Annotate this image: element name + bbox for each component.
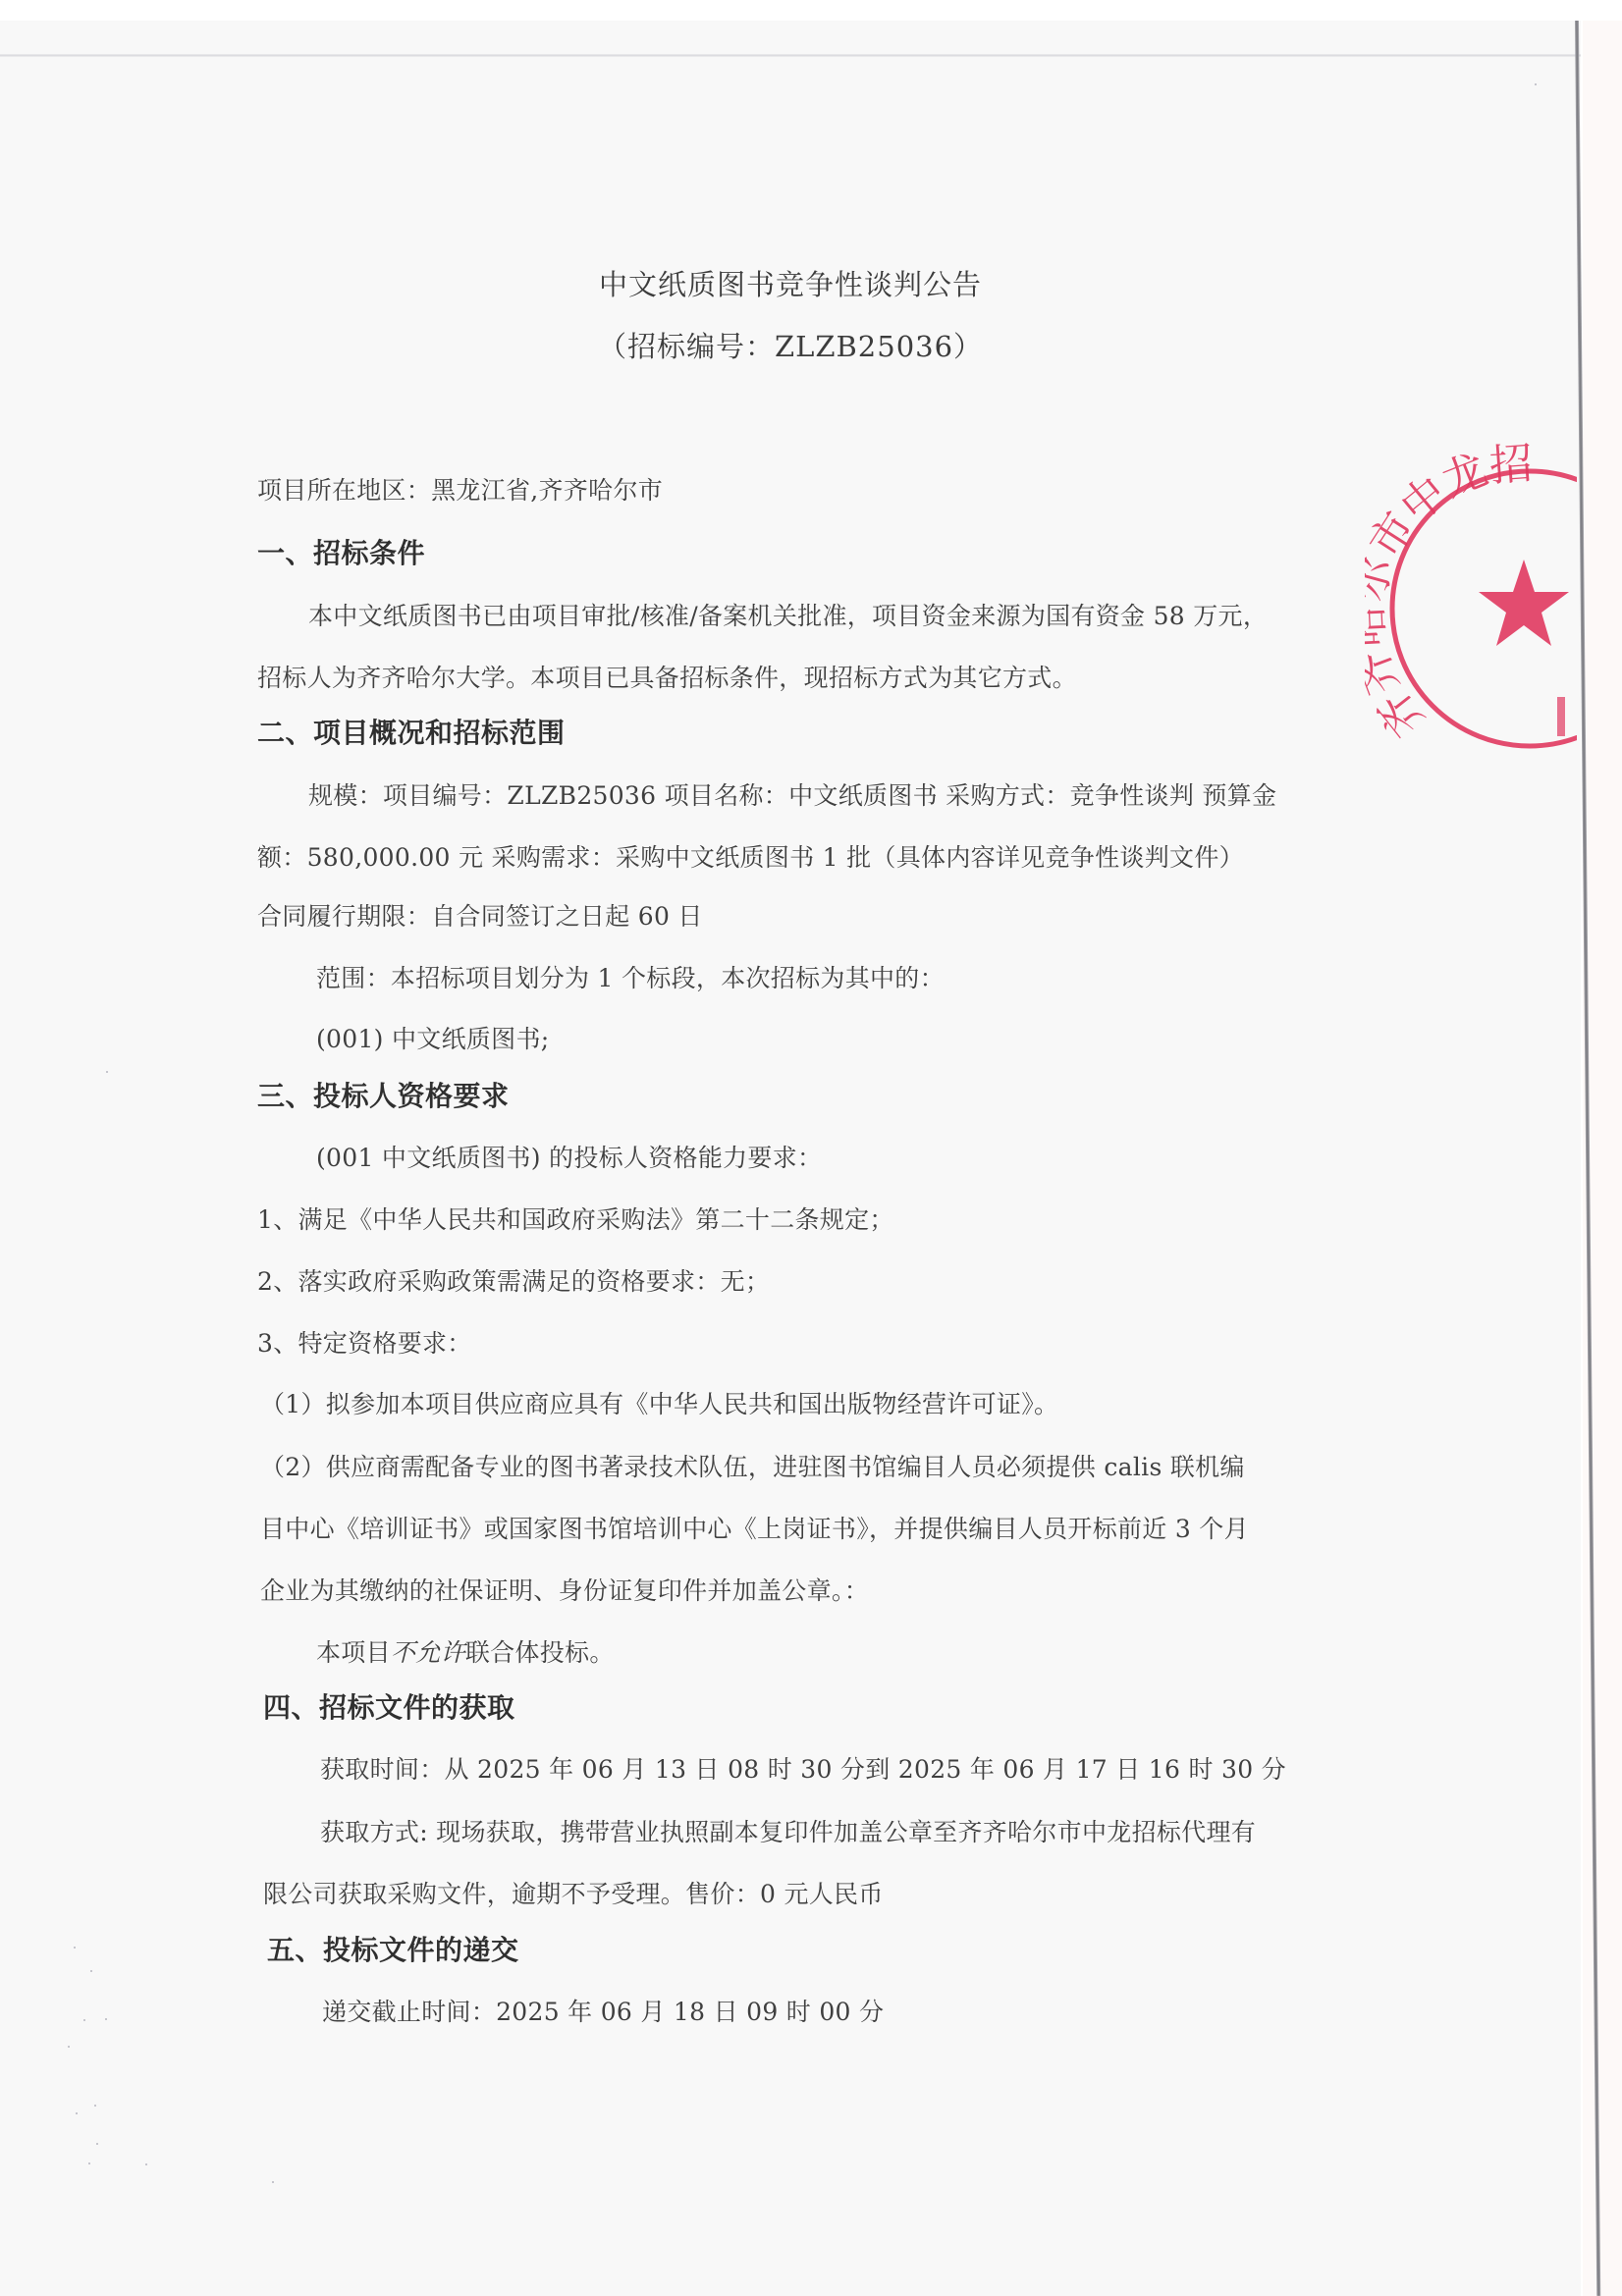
section-heading-2: 二、项目概况和招标范围	[257, 717, 566, 750]
section-heading-1: 一、招标条件	[257, 537, 425, 570]
scan-speck	[145, 2163, 147, 2165]
joint-bid-emphasis: 不允许	[391, 1638, 465, 1667]
document-title: 中文纸质图书竞争性谈判公告	[0, 263, 1581, 303]
section-3-line-4: 3、特定资格要求：	[257, 1328, 472, 1360]
section-3-line-8: 企业为其缴纳的社保证明、身份证复印件并加盖公章。：	[260, 1575, 869, 1607]
section-2-line-1: 规模：项目编号：ZLZB25036 项目名称：中文纸质图书 采购方式：竞争性谈判…	[308, 780, 1276, 812]
project-location: 项目所在地区：黑龙江省,齐齐哈尔市	[257, 475, 663, 507]
section-3-line-5: （1）拟参加本项目供应商应具有《中华人民共和国出版物经营许可证》。	[260, 1389, 1058, 1420]
scan-speck	[74, 1947, 76, 1949]
scan-speck	[106, 1071, 108, 1073]
scan-speck	[88, 2163, 90, 2164]
scan-speck	[68, 2046, 70, 2048]
scan-speck	[1535, 83, 1537, 85]
section-1-line-2: 招标人为齐齐哈尔大学。本项目已具备招标条件，现招标方式为其它方式。	[257, 663, 1077, 694]
scan-speck	[94, 2105, 96, 2107]
official-seal: 齐齐哈尔市中龙招	[1365, 432, 1577, 785]
section-3-line-1: (001 中文纸质图书) 的投标人资格能力要求：	[316, 1143, 822, 1174]
seal-graphic: 齐齐哈尔市中龙招	[1365, 432, 1577, 785]
scan-speck	[96, 2143, 98, 2145]
section-heading-4: 四、招标文件的获取	[263, 1691, 515, 1725]
paper-top-edge	[0, 54, 1581, 57]
section-heading-3: 三、投标人资格要求	[257, 1080, 510, 1113]
scan-top-margin	[0, 0, 1622, 21]
section-3-line-3: 2、落实政府采购政策需满足的资格要求：无；	[257, 1266, 770, 1298]
section-5-line-1: 递交截止时间：2025 年 06 月 18 日 09 时 00 分	[322, 1997, 884, 2028]
section-3-line-7: 目中心《培训证书》或国家图书馆培训中心《上岗证书》，并提供编目人员开标前近 3 …	[260, 1514, 1249, 1545]
scan-speck	[76, 2112, 78, 2114]
joint-bid-statement: 本项目不允许联合体投标。	[316, 1637, 615, 1669]
section-4-line-1: 获取时间：从 2025 年 06 月 13 日 08 时 30 分到 2025 …	[320, 1754, 1286, 1786]
section-4-line-3: 限公司获取采购文件，逾期不予受理。售价：0 元人民币	[263, 1879, 884, 1910]
section-1-line-1: 本中文纸质图书已由项目审批/核准/备案机关批准，项目资金来源为国有资金 58 万…	[308, 601, 1268, 632]
section-3-line-6: （2）供应商需配备专业的图书著录技术队伍，进驻图书馆编目人员必须提供 calis…	[260, 1452, 1245, 1483]
section-2-line-5: (001) 中文纸质图书;	[316, 1024, 550, 1055]
star-icon	[1479, 560, 1569, 646]
section-2-line-4: 范围：本招标项目划分为 1 个标段，本次招标为其中的：	[316, 963, 945, 994]
section-heading-5: 五、投标文件的递交	[267, 1934, 519, 1967]
scan-speck	[272, 2181, 274, 2183]
bid-number: （招标编号：ZLZB25036）	[0, 325, 1581, 365]
section-4-line-2: 获取方式: 现场获取，携带营业执照副本复印件加盖公章至齐齐哈尔市中龙招标代理有	[320, 1817, 1256, 1848]
section-2-line-3: 合同履行期限：自合同签订之日起 60 日	[257, 901, 703, 933]
joint-bid-suffix: 联合体投标。	[465, 1638, 615, 1667]
joint-bid-prefix: 本项目	[316, 1638, 391, 1667]
scan-speck	[83, 2019, 85, 2021]
scan-speck	[105, 2018, 107, 2020]
section-2-line-2: 额：580,000.00 元 采购需求：采购中文纸质图书 1 批（具体内容详见竞…	[257, 842, 1244, 874]
section-3-line-2: 1、满足《中华人民共和国政府采购法》第二十二条规定；	[257, 1204, 894, 1236]
scan-speck	[90, 1970, 92, 1972]
